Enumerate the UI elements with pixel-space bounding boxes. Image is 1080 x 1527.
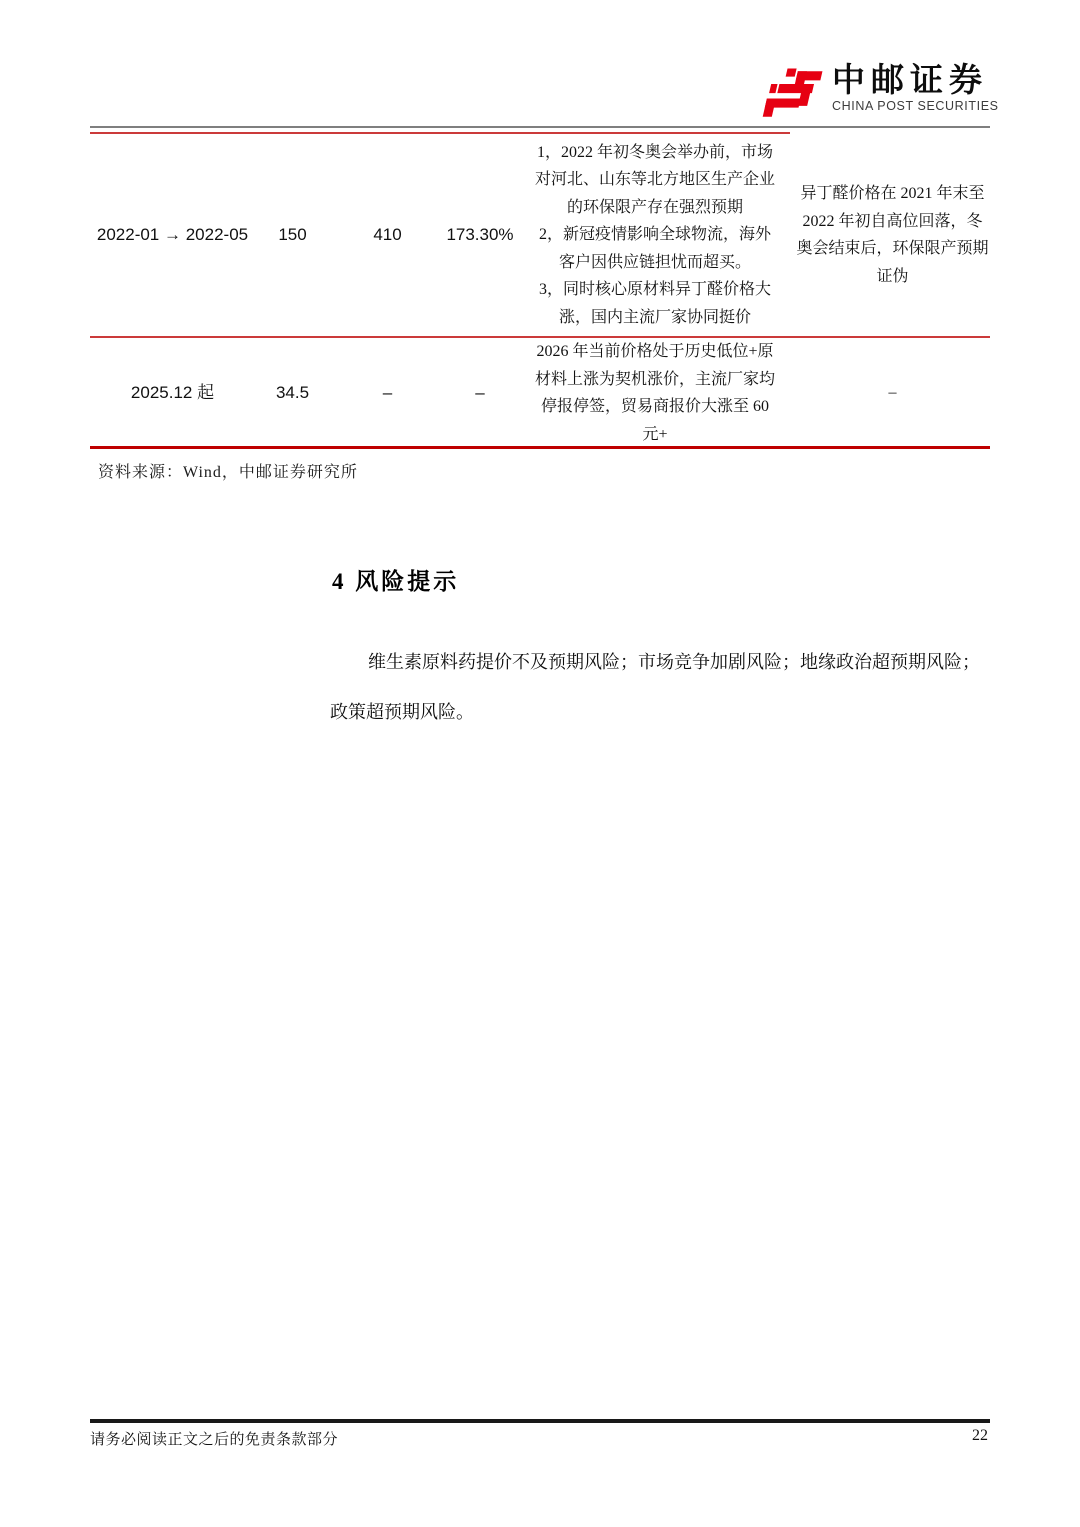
table-row: 2025.12 起 34.5 – – 2026 年当前价格处于历史低位+原 材料… (90, 338, 990, 446)
body-line: 政策超预期风险。 (330, 687, 994, 737)
body-line: 维生素原料药提价不及预期风险；市场竞争加剧风险；地缘政治超预期风险； (330, 637, 994, 687)
page-number: 22 (972, 1427, 988, 1445)
cell-end-value: 410 (330, 134, 445, 336)
cell-start-value: 150 (255, 134, 330, 336)
table-row: 2022-01 → 2022-05 150 410 173.30% 1，2022… (90, 134, 990, 336)
note-line: 奥会结束后，环保限产预期 (796, 235, 988, 263)
reason-line: 元+ (642, 421, 667, 449)
period-value: 2022-01 → 2022-05 (97, 221, 248, 249)
end-value: 410 (373, 221, 401, 249)
period-value: 2025.12 起 (131, 379, 214, 407)
reason-line: 的环保限产存在强烈预期 (567, 194, 743, 222)
cell-reason: 2026 年当前价格处于历史低位+原 材料上涨为契机涨价，主流厂家均 停报停签，… (515, 338, 795, 448)
brand-name-en: CHINA POST SECURITIES (832, 99, 999, 113)
reason-line: 客户因供应链担忧而超买。 (559, 249, 751, 277)
cell-start-value: 34.5 (255, 338, 330, 448)
note-line: 异丁醛价格在 2021 年末至 (800, 180, 984, 208)
note-line: 2022 年初自高位回落，冬 (802, 208, 982, 236)
cell-period: 2025.12 起 (90, 338, 255, 448)
cell-period: 2022-01 → 2022-05 (90, 134, 255, 336)
china-post-emblem-icon (762, 66, 824, 127)
header-divider (90, 126, 990, 128)
note-line: 证伪 (876, 263, 908, 291)
reason-line: 1，2022 年初冬奥会举办前，市场 (537, 139, 773, 167)
cell-note: – (795, 338, 990, 448)
reason-line: 涨，国内主流厂家协同挺价 (559, 304, 751, 332)
reason-line: 停报停签，贸易商报价大涨至 60 (541, 393, 769, 421)
section-heading: 4 风险提示 (332, 563, 459, 596)
note-line: – (889, 379, 897, 407)
start-value: 150 (278, 221, 306, 249)
brand-logo: 中邮证券 CHINA POST SECURITIES (762, 62, 994, 127)
change-pct-value: – (475, 379, 484, 407)
table-source-note: 资料来源：Wind，中邮证券研究所 (98, 459, 358, 482)
footer-divider (90, 1419, 990, 1423)
cell-reason: 1，2022 年初冬奥会举办前，市场 对河北、山东等北方地区生产企业 的环保限产… (515, 134, 795, 336)
table-bottom-border (90, 446, 990, 449)
start-value: 34.5 (276, 379, 309, 407)
brand-logo-text: 中邮证券 CHINA POST SECURITIES (832, 62, 999, 113)
reason-line: 2，新冠疫情影响全球物流，海外 (539, 221, 771, 249)
reason-line: 3，同时核心原材料异丁醛价格大 (539, 276, 771, 304)
reason-line: 对河北、山东等北方地区生产企业 (535, 166, 775, 194)
end-value: – (383, 379, 392, 407)
cell-end-value: – (330, 338, 445, 448)
cell-note: 异丁醛价格在 2021 年末至 2022 年初自高位回落，冬 奥会结束后，环保限… (795, 134, 990, 336)
reason-line: 2026 年当前价格处于历史低位+原 (536, 338, 773, 366)
reason-line: 材料上涨为契机涨价，主流厂家均 (535, 366, 775, 394)
cell-change-pct: – (445, 338, 515, 448)
cell-change-pct: 173.30% (445, 134, 515, 336)
change-pct-value: 173.30% (446, 221, 513, 249)
section-body-paragraph: 维生素原料药提价不及预期风险；市场竞争加剧风险；地缘政治超预期风险； 政策超预期… (330, 637, 994, 737)
brand-name-cn: 中邮证券 (832, 62, 988, 98)
footer-disclaimer: 请务必阅读正文之后的免责条款部分 (90, 1428, 338, 1449)
report-page: 中邮证券 CHINA POST SECURITIES 2022-01 → 202… (0, 0, 1080, 1527)
